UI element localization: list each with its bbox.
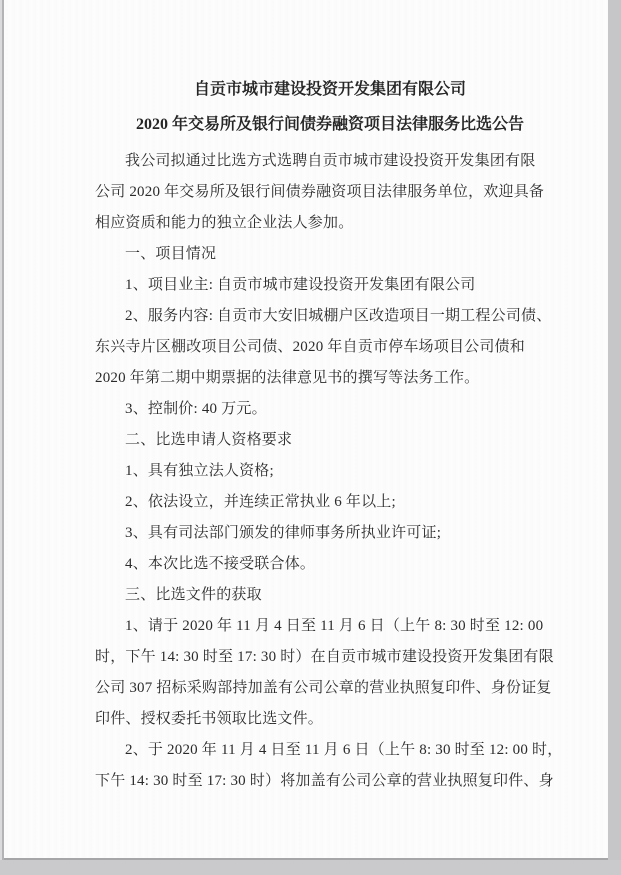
doc-line: 4、本次比选不接受联合体。 [95, 549, 562, 580]
doc-body: 我公司拟通过比选方式选聘自贡市城市建设投资开发集团有限公司 2020 年交易所及… [95, 146, 562, 797]
doc-line: 相应资质和能力的独立企业法人参加。 [95, 208, 562, 239]
doc-line: 三、比选文件的获取 [95, 580, 562, 611]
scan-edge-left-line [2, 0, 4, 860]
doc-line: 时，下午 14: 30 时至 17: 30 时）在自贡市城市建设投资开发集团有限 [95, 642, 562, 673]
scan-edge-bottom [0, 860, 621, 875]
doc-line: 1、请于 2020 年 11 月 4 日至 11 月 6 日（上午 8: 30 … [95, 611, 562, 642]
doc-line: 一、项目情况 [95, 239, 562, 270]
doc-line: 2、依法设立，并连续正常执业 6 年以上; [95, 487, 562, 518]
doc-line: 2、于 2020 年 11 月 4 日至 11 月 6 日（上午 8: 30 时… [95, 735, 562, 766]
doc-line: 1、项目业主: 自贡市城市建设投资开发集团有限公司 [95, 270, 562, 301]
doc-line: 3、具有司法部门颁发的律师事务所执业许可证; [95, 518, 562, 549]
doc-line: 1、具有独立法人资格; [95, 456, 562, 487]
doc-line: 公司 2020 年交易所及银行间债券融资项目法律服务单位，欢迎具备 [95, 177, 562, 208]
doc-line: 3、控制价: 40 万元。 [95, 394, 562, 425]
scan-edge-right [608, 0, 621, 875]
document-page: 自贡市城市建设投资开发集团有限公司 2020 年交易所及银行间债券融资项目法律服… [0, 0, 608, 860]
doc-title-line-2: 2020 年交易所及银行间债券融资项目法律服务比选公告 [95, 110, 565, 140]
doc-line: 东兴寺片区棚改项目公司债、2020 年自贡市停车场项目公司债和 [95, 332, 562, 363]
doc-title-line-1: 自贡市城市建设投资开发集团有限公司 [95, 75, 565, 105]
doc-line: 2、服务内容: 自贡市大安旧城棚户区改造项目一期工程公司债、 [95, 301, 562, 332]
doc-line: 公司 307 招标采购部持加盖有公司公章的营业执照复印件、身份证复 [95, 673, 562, 704]
doc-line: 印件、授权委托书领取比选文件。 [95, 704, 562, 735]
doc-line: 二、比选申请人资格要求 [95, 425, 562, 456]
doc-line: 我公司拟通过比选方式选聘自贡市城市建设投资开发集团有限 [95, 146, 562, 177]
doc-line: 2020 年第二期中期票据的法律意见书的撰写等法务工作。 [95, 363, 562, 394]
doc-line: 下午 14: 30 时至 17: 30 时）将加盖有公司公章的营业执照复印件、身 [95, 766, 562, 797]
